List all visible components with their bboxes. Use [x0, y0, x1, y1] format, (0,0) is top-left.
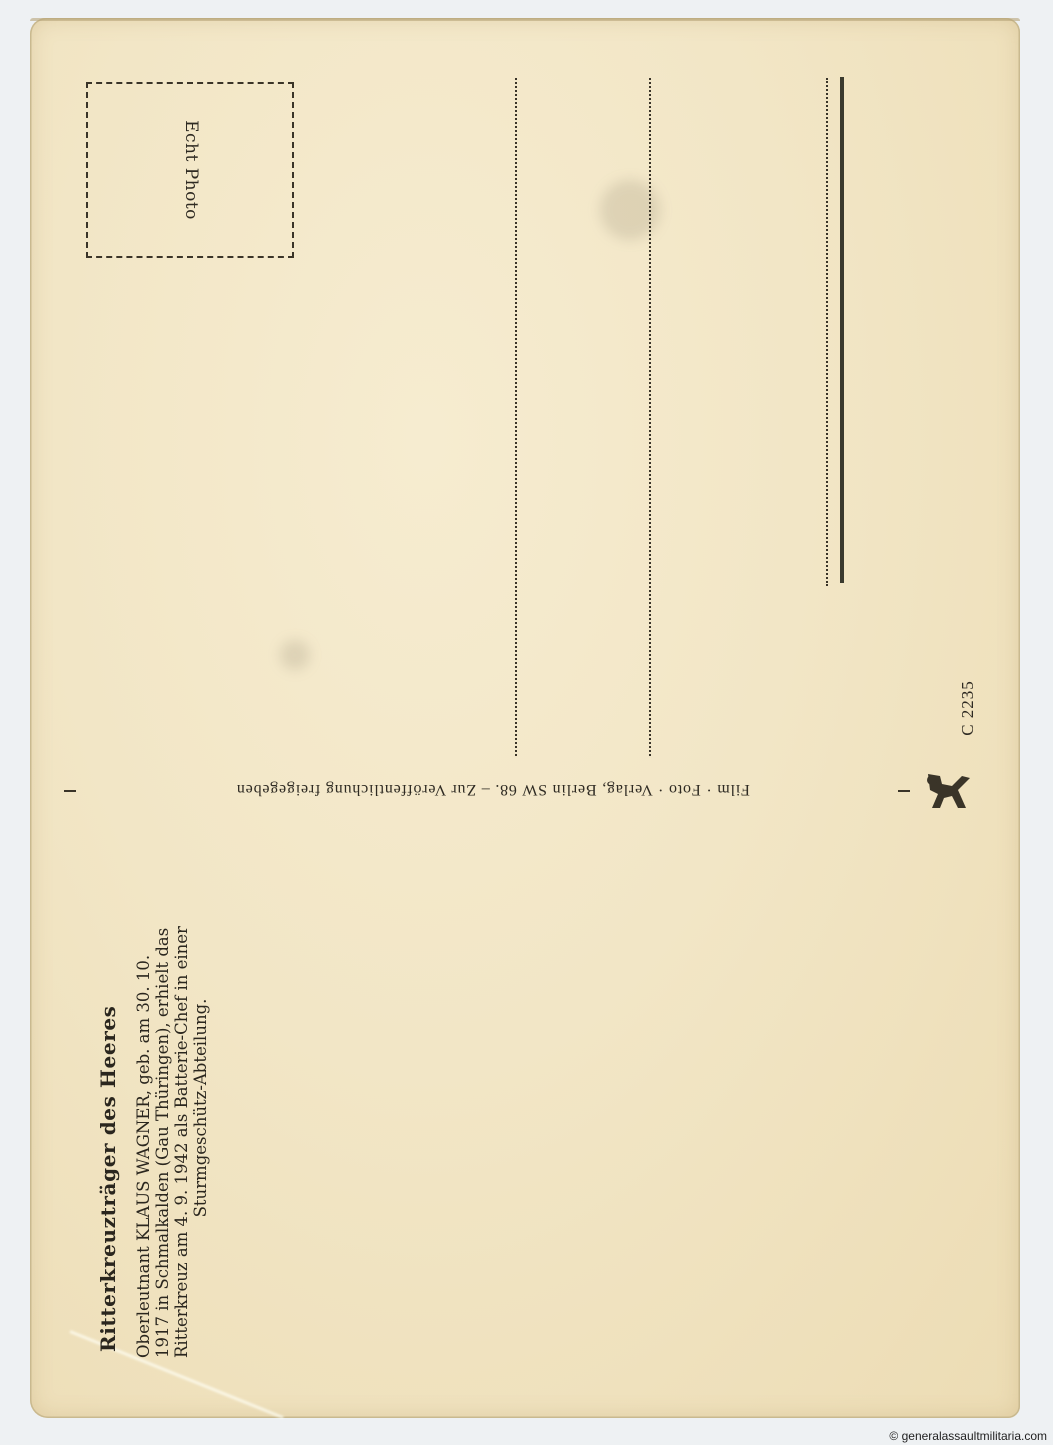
catalog-number: C 2235: [958, 680, 978, 736]
watermark: © generalassaultmilitaria.com: [889, 1429, 1047, 1443]
stamp-box-label: Echt Photo: [181, 120, 201, 220]
address-line-dotted: [649, 78, 651, 756]
card-edge: [30, 18, 1020, 21]
stain: [600, 180, 660, 240]
archer-logo-icon: [918, 764, 980, 812]
caption-line: Ritterkreuz am 4. 9. 1942 als Batterie-C…: [172, 858, 191, 1358]
caption-title: Ritterkreuzträger des Heeres: [96, 858, 120, 1358]
dash-mark: [898, 790, 910, 792]
stain: [280, 640, 310, 670]
dash-mark: [64, 790, 76, 792]
address-divider-dotted: [515, 78, 517, 756]
publisher-line: Film · Foto · Verlag, Berlin SW 68. – Zu…: [236, 780, 750, 798]
caption-line: 1917 in Schmalkalden (Gau Thüringen), er…: [153, 858, 172, 1358]
caption-line: Oberleutnant KLAUS WAGNER, geb. am 30. 1…: [134, 858, 153, 1358]
divider-line: [840, 77, 844, 583]
caption-line: Sturmgeschütz-Abteilung.: [191, 858, 210, 1358]
address-line-dotted: [826, 78, 828, 586]
caption-block: Ritterkreuzträger des Heeres Oberleutnan…: [96, 858, 210, 1358]
